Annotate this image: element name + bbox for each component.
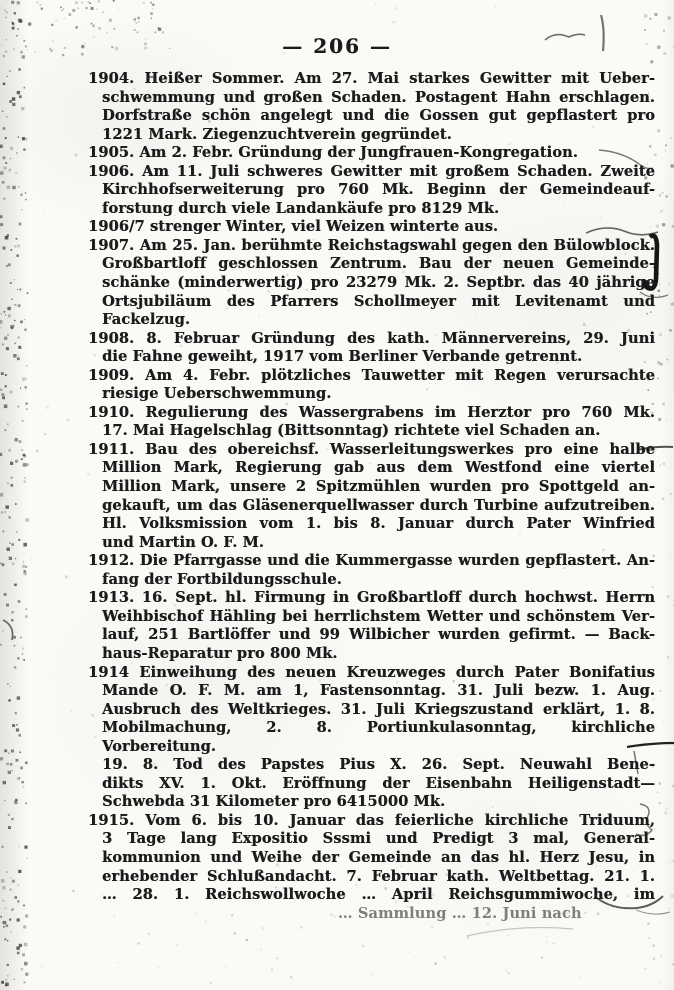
text-line: Ortsjubiläum des Pfarrers Schollmeyer mi… — [102, 293, 655, 312]
text-line: erhebender Schlußandacht. 7. Februar kat… — [102, 868, 655, 887]
text-line: Großbartloff geschlossen Zentrum. Bau de… — [102, 255, 655, 274]
entry-1913: 1913. 16. Sept. hl. Firmung in Großbartl… — [88, 589, 655, 663]
text-line: 1906. Am 11. Juli schweres Gewitter mit … — [88, 163, 655, 182]
entry-1914: 1914 Einweihung des neuen Kreuzweges dur… — [88, 664, 655, 812]
entry-1909: 1909. Am 4. Febr. plötzliches Tauwetter … — [88, 367, 655, 404]
text-line: 1906/7 strenger Winter, viel Weizen wint… — [88, 218, 655, 237]
text-line: 19. 8. Tod des Papstes Pius X. 26. Sept.… — [102, 756, 655, 775]
text-line: Million Mark, Regierung gab aus dem West… — [102, 459, 655, 478]
page-number: — 206 — — [0, 34, 674, 58]
text-line: 1905. Am 2. Febr. Gründung der Jungfraue… — [88, 144, 655, 163]
text-line: 1907. Am 25. Jan. berühmte Reichstagswah… — [88, 237, 655, 256]
text-line: … Sammlung … 12. Juni nach — [338, 905, 655, 924]
entry-1904: 1904. Heißer Sommer. Am 27. Mai starkes … — [88, 70, 655, 144]
text-line: 1913. 16. Sept. hl. Firmung in Großbartl… — [88, 589, 655, 608]
text-line: Hl. Volksmission vom 1. bis 8. Januar du… — [102, 515, 655, 534]
text-line: 1915. Vom 6. bis 10. Januar das feierlic… — [88, 812, 655, 831]
text-line: 3 Tage lang Expositio Sssmi und Predigt … — [102, 830, 655, 849]
text-line: Mande O. F. M. am 1, Fastensonntag. 31. … — [102, 682, 655, 701]
text-line: 1911. Bau des obereichsf. Wasserleitungs… — [88, 441, 655, 460]
text-line: 1910. Regulierung des Wassergrabens im H… — [88, 404, 655, 423]
entry-1911: 1911. Bau des obereichsf. Wasserleitungs… — [88, 441, 655, 552]
text-line: schwemmung und großen Schaden. Postagent… — [102, 89, 655, 108]
text-line: und Martin O. F. M. — [102, 534, 655, 553]
text-line: forstung durch viele Landankäufe pro 812… — [102, 200, 655, 219]
text-line: … 28. 1. Reichswollwoche … April Reichsg… — [102, 886, 655, 905]
entry-1908: 1908. 8. Februar Gründung des kath. Männ… — [88, 330, 655, 367]
entry-1905: 1905. Am 2. Febr. Gründung der Jungfraue… — [88, 144, 655, 163]
text-line: Weihbischof Hähling bei herrlichstem Wet… — [102, 608, 655, 627]
text-line: Million Mark, unsere 2 Spitzmühlen wurde… — [102, 478, 655, 497]
entry-1915: 1915. Vom 6. bis 10. Januar das feierlic… — [88, 812, 655, 923]
text-line: Kirchhofserweiterung pro 760 Mk. Beginn … — [102, 181, 655, 200]
text-line: lauf, 251 Bartlöffer und 99 Wilbicher wu… — [102, 626, 655, 645]
text-line: kommunion und Weihe der Gemeinde an das … — [102, 849, 655, 868]
entry-1912: 1912. Die Pfarrgasse und die Kummergasse… — [88, 552, 655, 589]
text-line: 1912. Die Pfarrgasse und die Kummergasse… — [88, 552, 655, 571]
text-line: dikts XV. 1. Okt. Eröffnung der Eisenbah… — [102, 775, 655, 794]
text-line: fang der Fortbildungsschule. — [102, 571, 655, 590]
text-line: die Fahne geweiht, 1917 vom Berliner Ver… — [102, 348, 655, 367]
entry-1907: 1907. Am 25. Jan. berühmte Reichstagswah… — [88, 237, 655, 330]
scanned-page: — 206 — 1904. Heißer Sommer. Am 27. Mai … — [0, 0, 674, 990]
text-line: 1221 Mark. Ziegenzuchtverein gegründet. — [102, 126, 655, 145]
text-line: Ausbruch des Weltkrieges. 31. Juli Krieg… — [102, 701, 655, 720]
text-line: 1908. 8. Februar Gründung des kath. Männ… — [88, 330, 655, 349]
text-line: 17. Mai Hagelschlag (Bittsonntag) richte… — [102, 422, 655, 441]
text-line: 1909. Am 4. Febr. plötzliches Tauwetter … — [88, 367, 655, 386]
entry-1906: 1906. Am 11. Juli schweres Gewitter mit … — [88, 163, 655, 219]
entry-1910: 1910. Regulierung des Wassergrabens im H… — [88, 404, 655, 441]
text-line: riesige Ueberschwemmung. — [102, 385, 655, 404]
text-line: haus-Reparatur pro 800 Mk. — [102, 645, 655, 664]
text-line: schänke (minderwertig) pro 23279 Mk. 2. … — [102, 274, 655, 293]
entry-1906-7: 1906/7 strenger Winter, viel Weizen wint… — [88, 218, 655, 237]
chronicle-text: 1904. Heißer Sommer. Am 27. Mai starkes … — [88, 70, 655, 923]
text-line: gekauft, um das Gläsenerquellwasser durc… — [102, 497, 655, 516]
text-line: Fackelzug. — [102, 311, 655, 330]
text-line: Schwebda 31 Kilometer pro 6415000 Mk. — [102, 793, 655, 812]
text-line: Mobilmachung, 2. 8. Portiunkulasonntag, … — [102, 719, 655, 756]
text-line: 1904. Heißer Sommer. Am 27. Mai starkes … — [88, 70, 655, 89]
text-line: 1914 Einweihung des neuen Kreuzweges dur… — [88, 664, 655, 683]
text-line: Dorfstraße schön angelegt und die Gossen… — [102, 107, 655, 126]
